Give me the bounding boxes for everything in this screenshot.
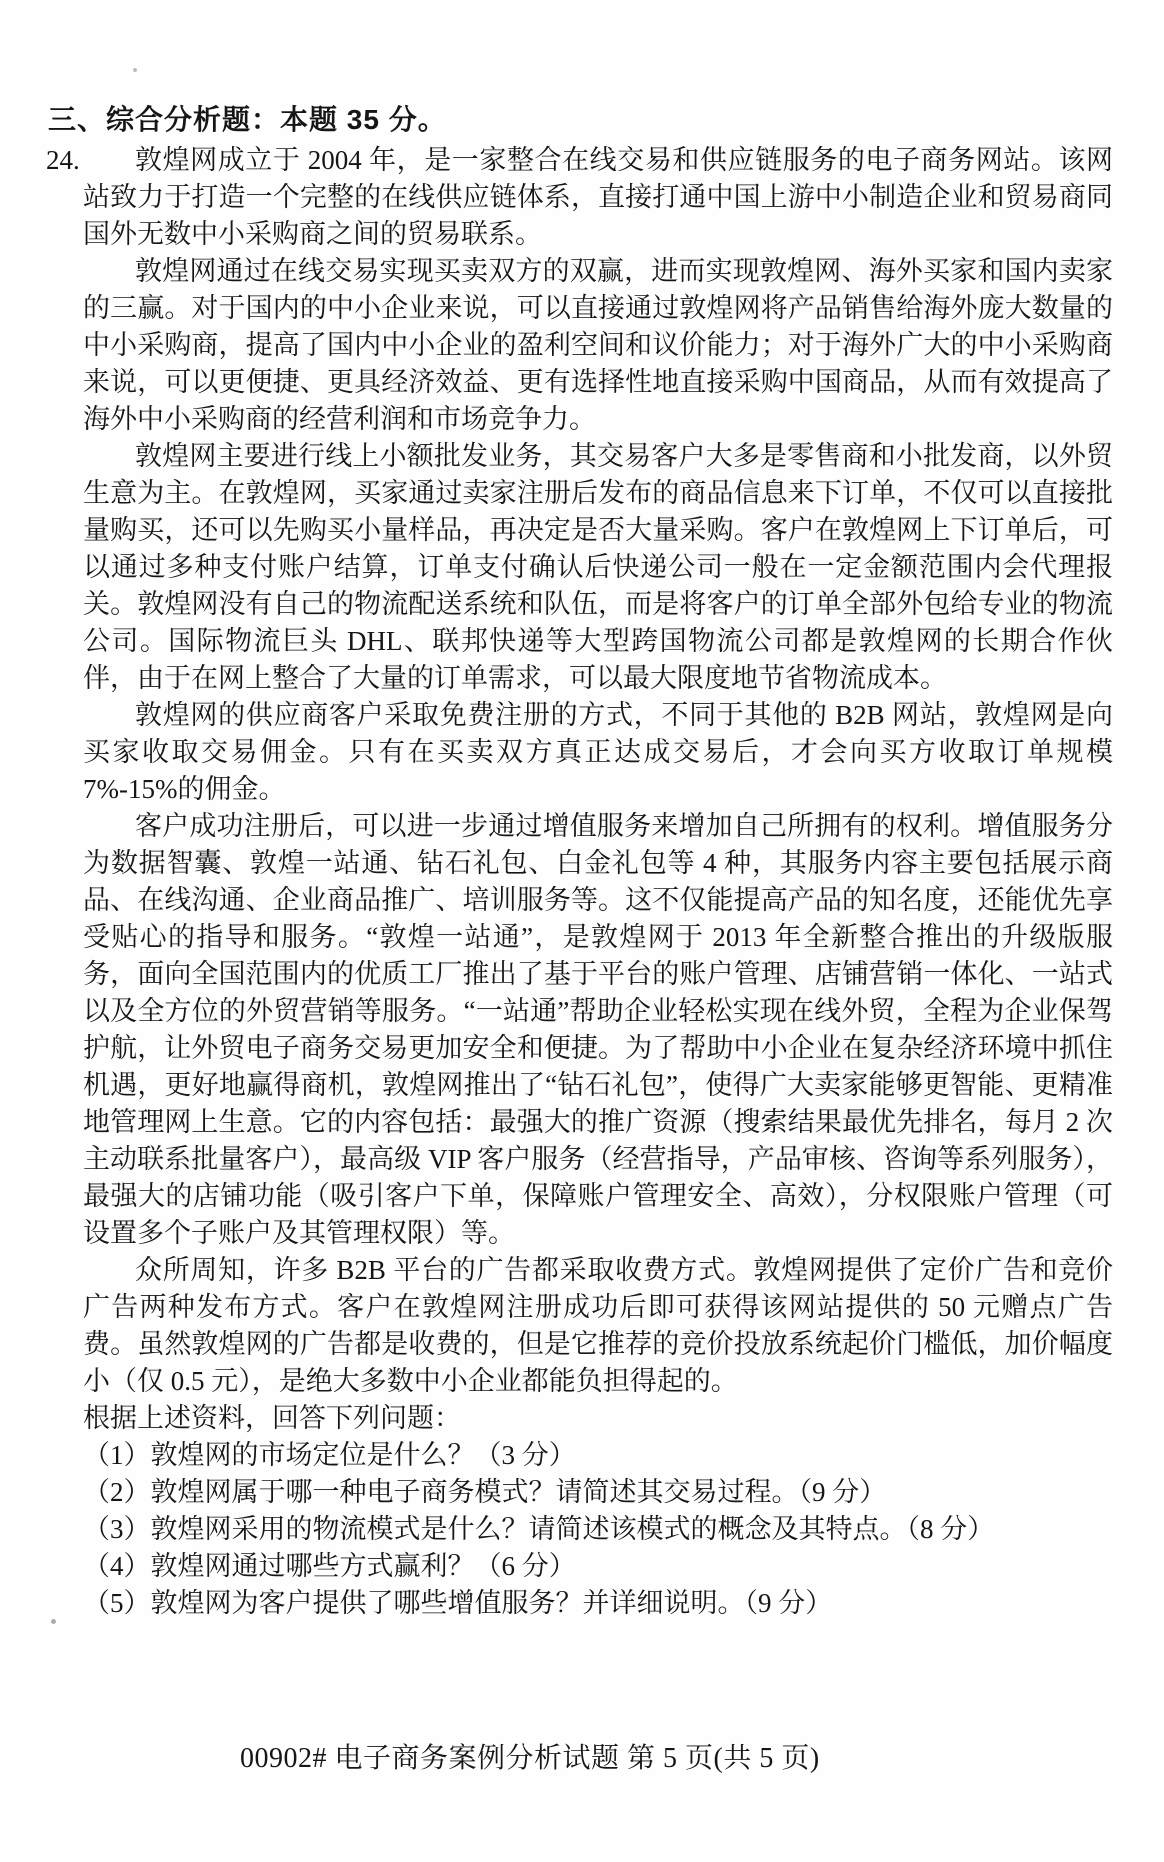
case-paragraph: 客户成功注册后，可以进一步通过增值服务来增加自己所拥有的权利。增值服务分为数据智… xyxy=(83,808,1113,1252)
question-3: （3）敦煌网采用的物流模式是什么？请简述该模式的概念及其特点。（8 分） xyxy=(83,1511,1113,1548)
case-paragraph: 敦煌网的供应商客户采取免费注册的方式，不同于其他的 B2B 网站，敦煌网是向买家… xyxy=(83,697,1113,808)
item-number-label: 24. xyxy=(46,142,80,179)
case-paragraph: 敦煌网主要进行线上小额批发业务，其交易客户大多是零售商和小批发商，以外贸生意为主… xyxy=(83,438,1113,697)
scan-speck xyxy=(133,68,137,72)
question-1: （1）敦煌网的市场定位是什么？（3 分） xyxy=(83,1437,1113,1474)
case-paragraph: 敦煌网通过在线交易实现买卖双方的双赢，进而实现敦煌网、海外买家和国内卖家的三赢。… xyxy=(83,253,1113,438)
questions-intro: 根据上述资料，回答下列问题： xyxy=(83,1400,1113,1437)
case-paragraph-text: 敦煌网成立于 2004 年，是一家整合在线交易和供应链服务的电子商务网站。该网站… xyxy=(83,145,1113,249)
page-footer: 00902# 电子商务案例分析试题 第 5 页(共 5 页) xyxy=(240,1736,820,1776)
section-heading: 三、综合分析题：本题 35 分。 xyxy=(48,100,447,140)
case-paragraph: 众所周知，许多 B2B 平台的广告都采取收费方式。敦煌网提供了定价广告和竞价广告… xyxy=(83,1252,1113,1400)
case-paragraph: 24.敦煌网成立于 2004 年，是一家整合在线交易和供应链服务的电子商务网站。… xyxy=(83,142,1113,253)
scan-speck xyxy=(51,1619,56,1624)
case-study-block: 24.敦煌网成立于 2004 年，是一家整合在线交易和供应链服务的电子商务网站。… xyxy=(83,142,1113,1622)
question-4: （4）敦煌网通过哪些方式赢利？（6 分） xyxy=(83,1548,1113,1585)
exam-paper-page: 三、综合分析题：本题 35 分。 24.敦煌网成立于 2004 年，是一家整合在… xyxy=(0,0,1164,1862)
question-2: （2）敦煌网属于哪一种电子商务模式？请简述其交易过程。（9 分） xyxy=(83,1474,1113,1511)
question-5: （5）敦煌网为客户提供了哪些增值服务？并详细说明。（9 分） xyxy=(83,1585,1113,1622)
